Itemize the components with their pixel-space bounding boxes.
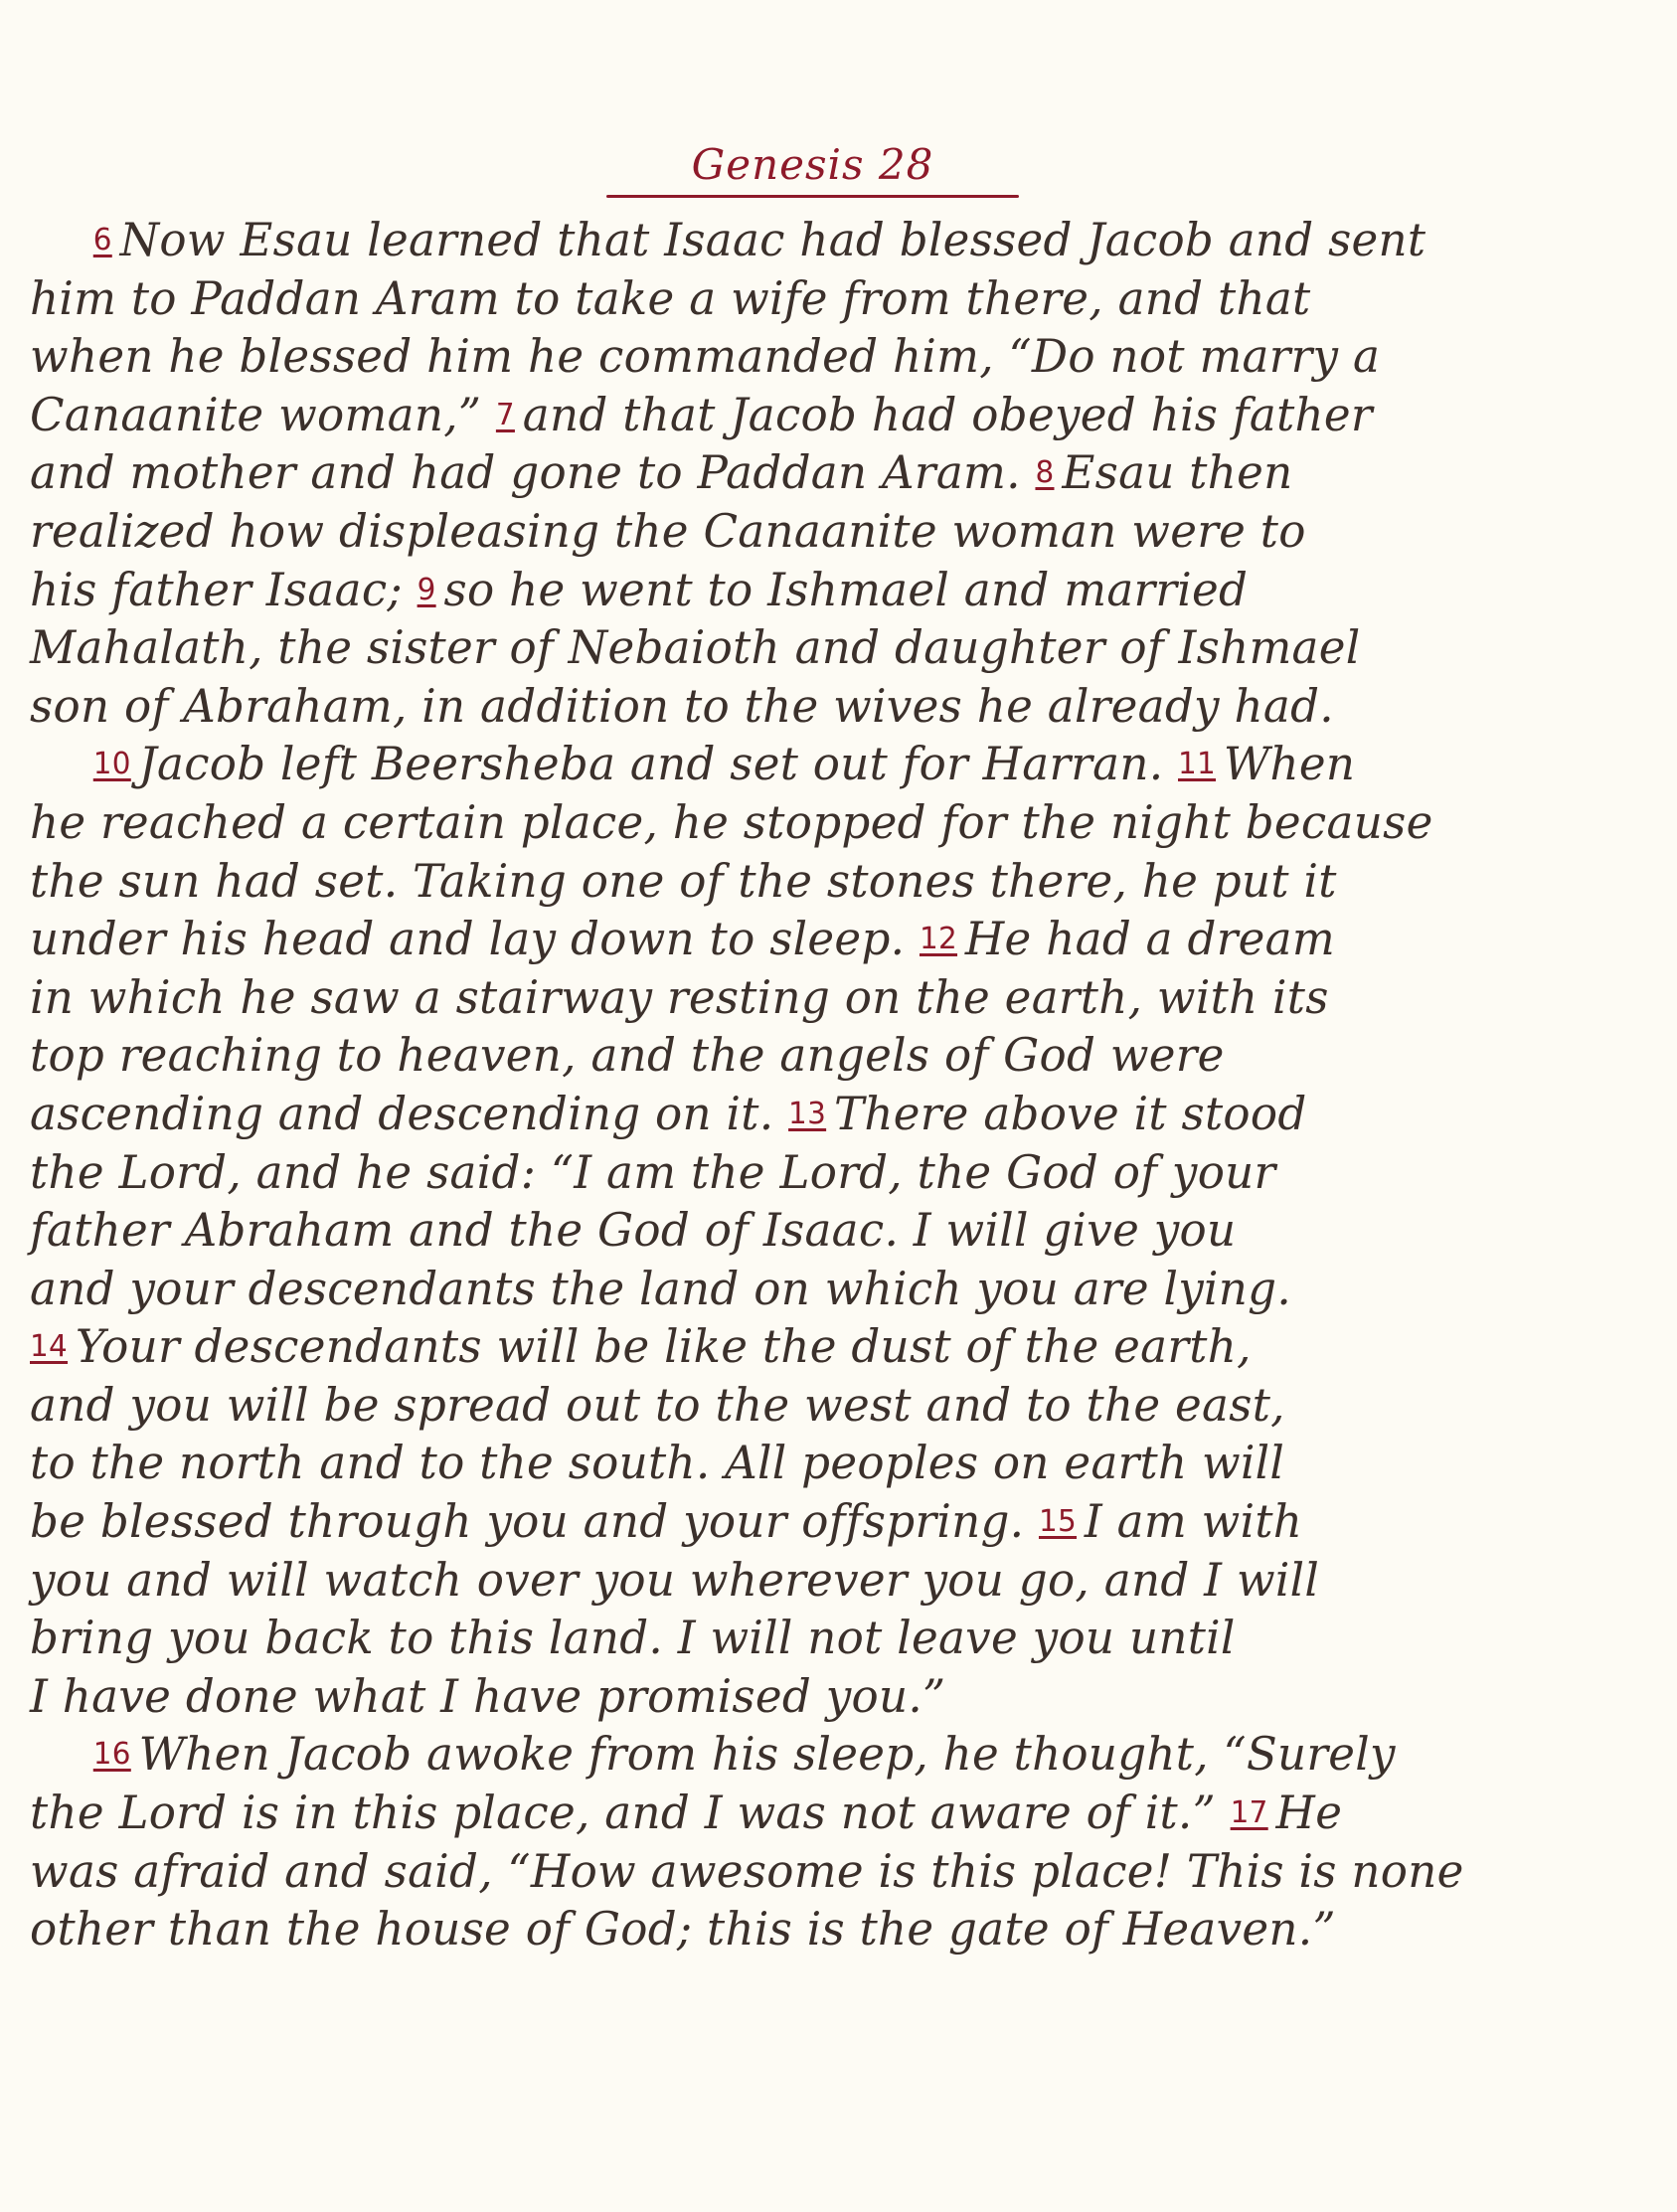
text-line: the sun had set. Taking one of the stone… — [30, 852, 1620, 911]
text-line: father Abraham and the God of Isaac. I w… — [30, 1201, 1620, 1260]
verse-text: other than the house of God; this is the… — [30, 1902, 1336, 1956]
verse-text: he reached a certain place, he stopped f… — [30, 795, 1433, 849]
verse-text: was afraid and said, “How awesome is thi… — [30, 1844, 1464, 1898]
verse-text: When Jacob awoke from his sleep, he thou… — [139, 1727, 1396, 1781]
verse-text: ascending and descending on it. — [30, 1087, 773, 1140]
text-line: ascending and descending on it. 13There … — [30, 1085, 1620, 1143]
verse-number: 14 — [30, 1332, 68, 1362]
text-line: be blessed through you and your offsprin… — [30, 1492, 1620, 1551]
verse-number: 17 — [1231, 1798, 1268, 1828]
verse-text: when he blessed him he commanded him, “D… — [30, 329, 1380, 383]
verse-text: There above it stood — [834, 1087, 1307, 1140]
text-line: Canaanite woman,” 7and that Jacob had ob… — [30, 386, 1620, 444]
title-underline — [606, 195, 1019, 198]
text-line: to the north and to the south. All peopl… — [30, 1434, 1620, 1492]
verse-text: to the north and to the south. All peopl… — [30, 1436, 1284, 1489]
verse-text: Jacob left Beersheba and set out for Har… — [139, 737, 1164, 790]
scripture-text: 6Now Esau learned that Isaac had blessed… — [30, 211, 1650, 1958]
text-line: and mother and had gone to Paddan Aram. … — [30, 443, 1620, 502]
text-line: and your descendants the land on which y… — [30, 1260, 1620, 1318]
verse-number: 12 — [920, 925, 957, 954]
verse-text: him to Paddan Aram to take a wife from t… — [30, 271, 1310, 325]
text-line: 10Jacob left Beersheba and set out for H… — [30, 735, 1619, 793]
verse-text: I have done what I have promised you.” — [30, 1669, 945, 1723]
verse-text: so he went to Ishmael and married — [443, 563, 1248, 616]
verse-number: 11 — [1178, 750, 1216, 779]
verse-number: 13 — [788, 1100, 826, 1129]
verse-text: bring you back to this land. I will not … — [30, 1611, 1236, 1664]
text-line: 16When Jacob awoke from his sleep, he th… — [30, 1725, 1619, 1784]
verse-text: the sun had set. Taking one of the stone… — [30, 854, 1337, 908]
text-line: in which he saw a stairway resting on th… — [30, 968, 1620, 1027]
verse-text: Now Esau learned that Isaac had blessed … — [120, 213, 1426, 266]
verse-text: Mahalath, the sister of Nebaioth and dau… — [30, 620, 1361, 674]
verse-text: Canaanite woman,” — [30, 388, 481, 441]
text-line: his father Isaac; 9so he went to Ishmael… — [30, 561, 1620, 619]
page-heading: Genesis 28 — [606, 139, 1019, 199]
verse-text: and that Jacob had obeyed his father — [523, 388, 1373, 441]
verse-number: 9 — [418, 576, 436, 605]
verse-text: and mother and had gone to Paddan Aram. — [30, 445, 1021, 499]
verse-text: realized how displeasing the Canaanite w… — [30, 504, 1306, 558]
verse-number: 10 — [93, 750, 131, 779]
text-line: him to Paddan Aram to take a wife from t… — [30, 269, 1620, 328]
text-line: bring you back to this land. I will not … — [30, 1609, 1620, 1667]
verse-text: under his head and lay down to sleep. — [30, 912, 905, 965]
text-line: was afraid and said, “How awesome is thi… — [30, 1842, 1620, 1901]
text-line: the Lord, and he said: “I am the Lord, t… — [30, 1143, 1620, 1202]
verse-text: When — [1224, 737, 1355, 790]
handwritten-page: Genesis 28 6Now Esau learned that Isaac … — [0, 0, 1677, 2212]
verse-text: the Lord, and he said: “I am the Lord, t… — [30, 1145, 1275, 1199]
verse-text: top reaching to heaven, and the angels o… — [30, 1028, 1225, 1082]
page-title: Genesis 28 — [692, 139, 934, 191]
verse-number: 7 — [496, 401, 515, 430]
text-line: under his head and lay down to sleep. 12… — [30, 910, 1620, 968]
text-line: Mahalath, the sister of Nebaioth and dau… — [30, 618, 1620, 677]
verse-number: 15 — [1039, 1507, 1077, 1537]
verse-text: I am with — [1085, 1494, 1302, 1548]
verse-text: and you will be spread out to the west a… — [30, 1378, 1285, 1432]
verse-text: father Abraham and the God of Isaac. I w… — [30, 1203, 1236, 1257]
text-line: and you will be spread out to the west a… — [30, 1376, 1620, 1435]
text-line: 14Your descendants will be like the dust… — [30, 1317, 1620, 1376]
verse-text: He had a dream — [965, 912, 1335, 965]
verse-number: 16 — [93, 1740, 131, 1770]
text-line: when he blessed him he commanded him, “D… — [30, 327, 1620, 386]
verse-text: Esau then — [1062, 445, 1292, 499]
verse-text: He — [1276, 1786, 1343, 1839]
verse-text: his father Isaac; — [30, 563, 403, 616]
text-line: he reached a certain place, he stopped f… — [30, 793, 1620, 852]
verse-text: and your descendants the land on which y… — [30, 1262, 1291, 1315]
verse-text: be blessed through you and your offsprin… — [30, 1494, 1024, 1548]
text-line: other than the house of God; this is the… — [30, 1900, 1620, 1958]
text-line: the Lord is in this place, and I was not… — [30, 1784, 1620, 1842]
text-line: you and will watch over you wherever you… — [30, 1551, 1620, 1610]
text-line: realized how displeasing the Canaanite w… — [30, 502, 1620, 561]
verse-text: son of Abraham, in addition to the wives… — [30, 679, 1334, 733]
text-line: top reaching to heaven, and the angels o… — [30, 1026, 1620, 1085]
text-line: 6Now Esau learned that Isaac had blessed… — [30, 211, 1619, 269]
verse-number: 6 — [93, 226, 112, 255]
text-line: I have done what I have promised you.” — [30, 1667, 1620, 1726]
verse-text: you and will watch over you wherever you… — [30, 1553, 1319, 1607]
verse-text: Your descendants will be like the dust o… — [76, 1319, 1252, 1373]
text-line: son of Abraham, in addition to the wives… — [30, 677, 1620, 736]
verse-number: 8 — [1035, 458, 1054, 488]
verse-text: the Lord is in this place, and I was not… — [30, 1786, 1216, 1839]
verse-text: in which he saw a stairway resting on th… — [30, 970, 1329, 1024]
